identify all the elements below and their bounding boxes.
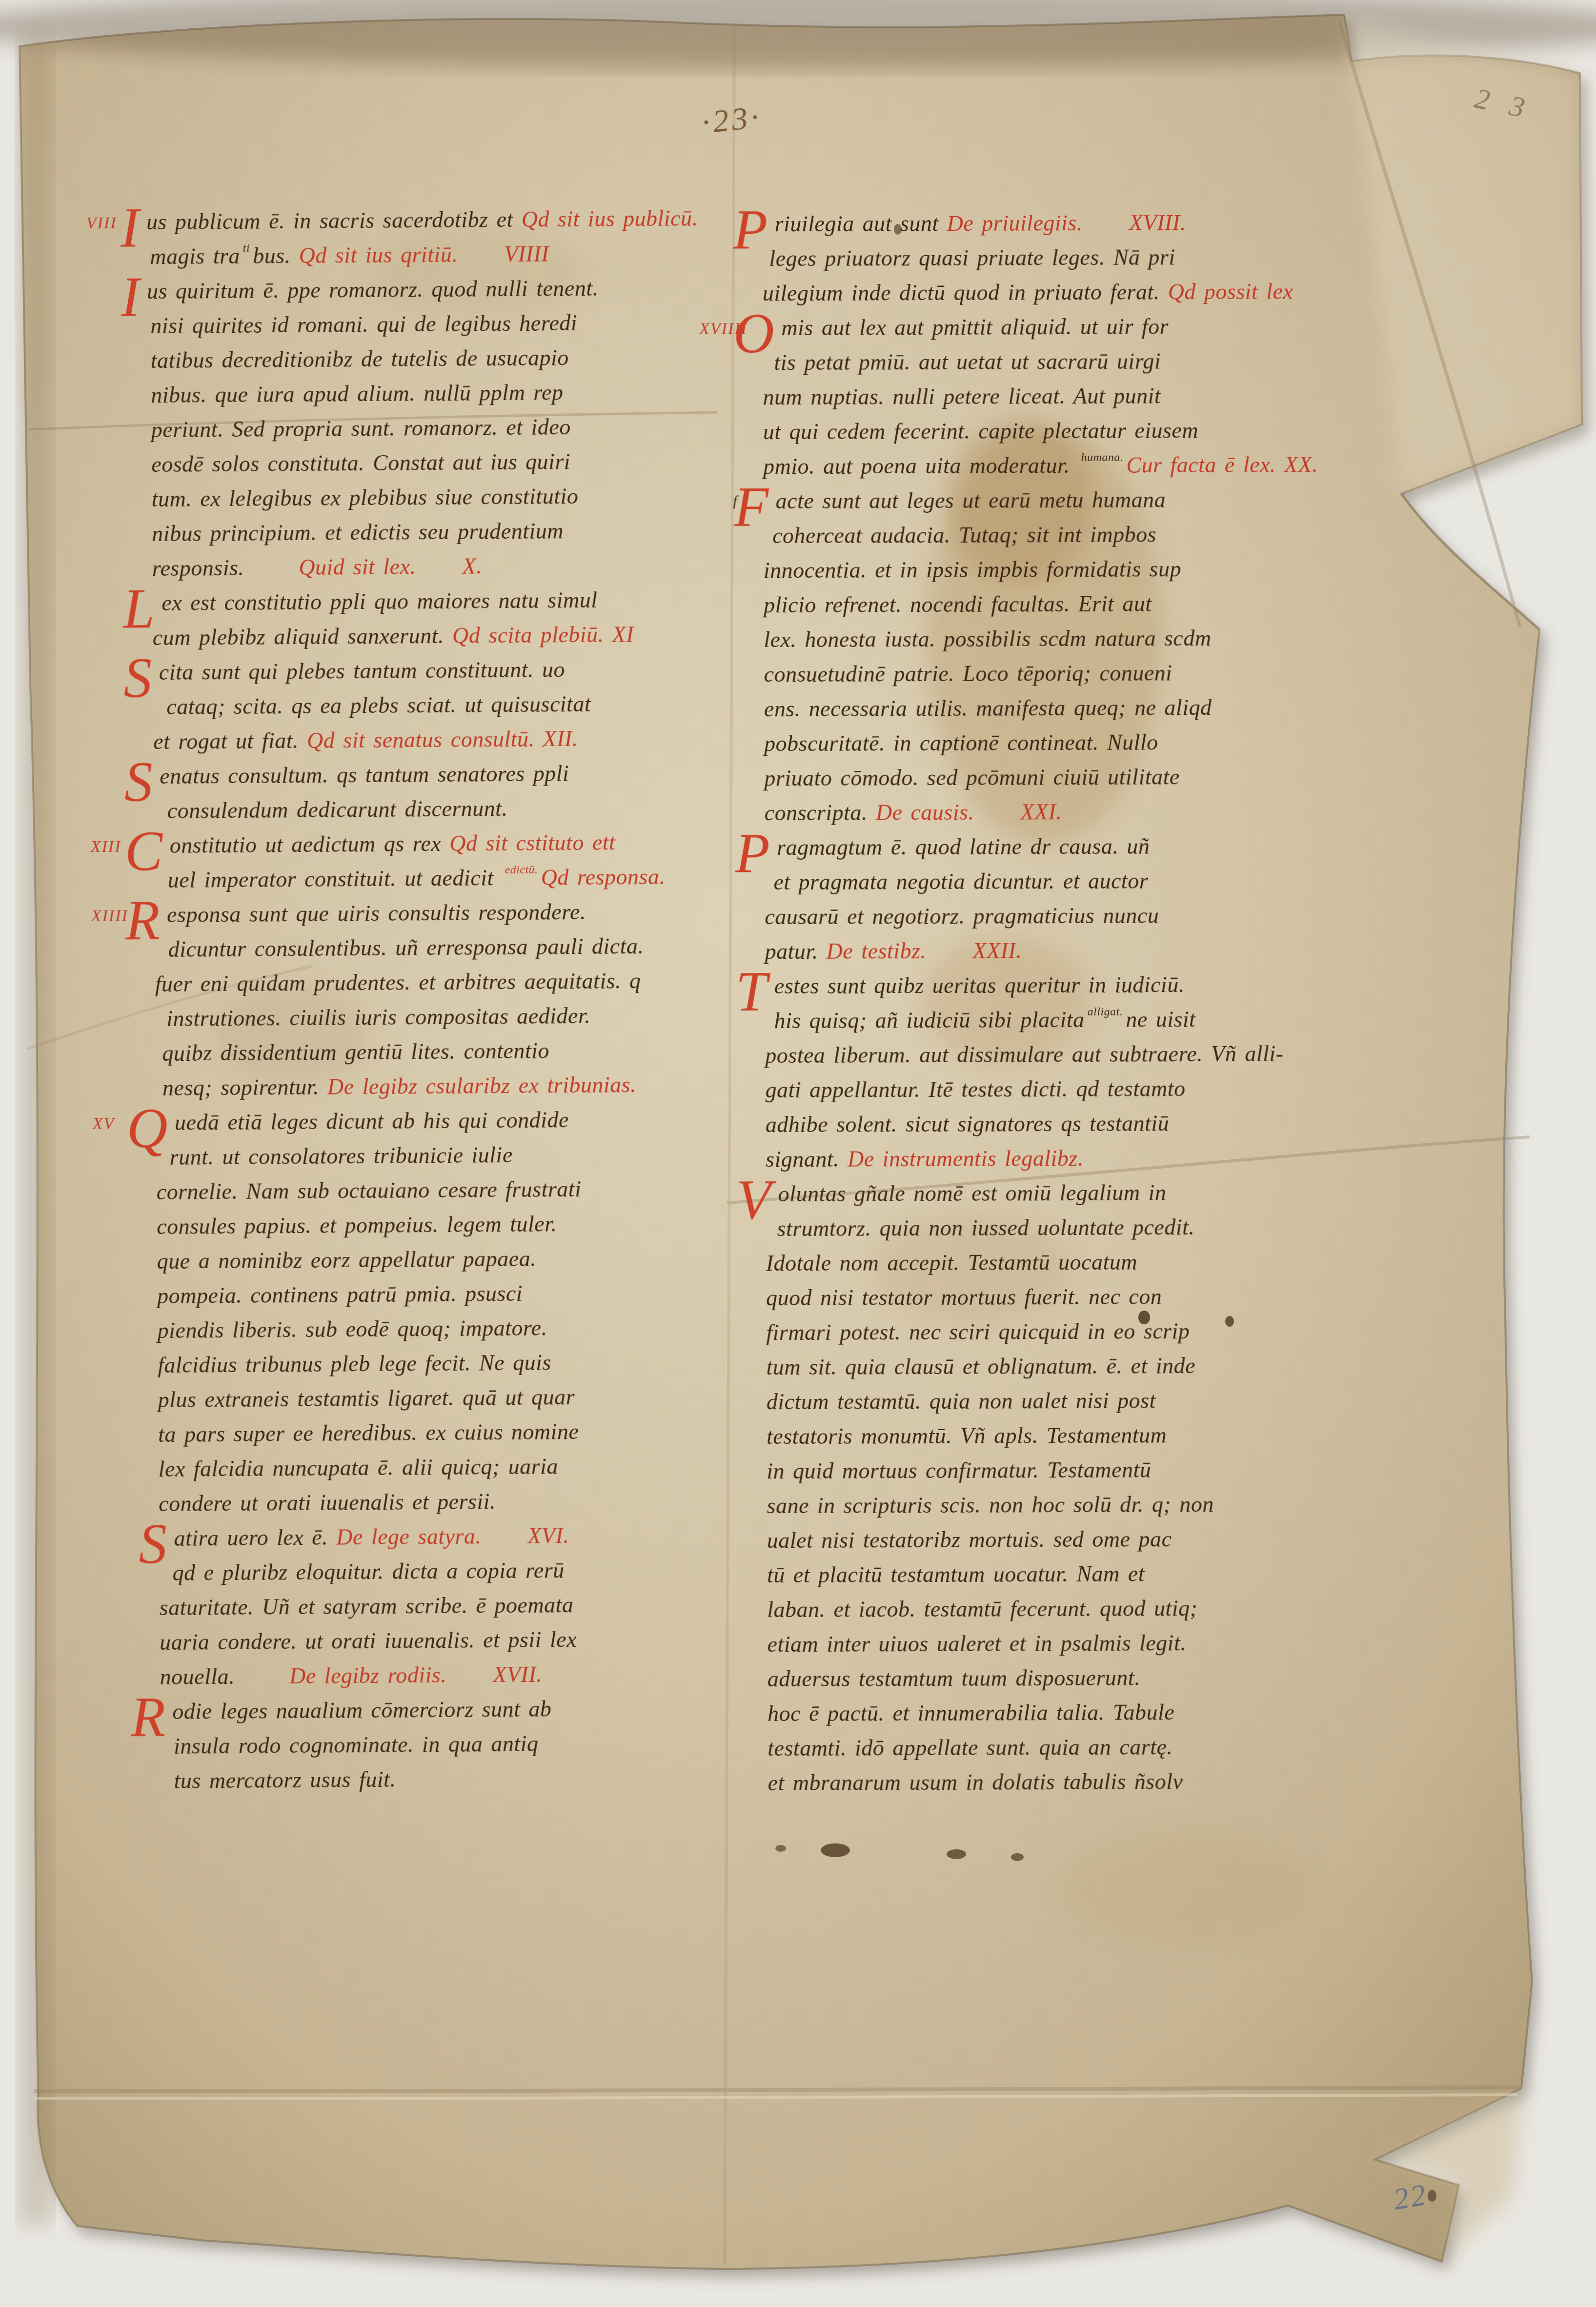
text-segment: et mbranarum usum in dolatis tabulis ñso… xyxy=(768,1769,1183,1795)
text-line: consules papius. et pompeius. legem tule… xyxy=(157,1210,727,1248)
rubricated-initial: V xyxy=(736,1186,771,1214)
text-line: consulendum dedicarunt discernunt. xyxy=(154,794,725,832)
chapter-numeral: XIII xyxy=(91,838,121,856)
text-segment: nisi quirites id romani. qui de legibus … xyxy=(150,310,577,338)
text-line: testamti. idō appellate sunt. quia an ca… xyxy=(768,1733,1392,1770)
text-line: instrutiones. ciuilis iuris compositas a… xyxy=(155,1002,726,1040)
rubric-segment: Qd scita plebiū. XI xyxy=(452,622,634,648)
rubricated-initial: S xyxy=(139,1530,167,1558)
text-line: quibz dissidentium gentiū lites. content… xyxy=(156,1036,727,1075)
text-line: nibus. que iura apud alium. nullū pplm r… xyxy=(151,378,722,417)
text-segment: bus. xyxy=(253,243,299,268)
text-segment: Idotale nom accepit. Testamtū uocatum xyxy=(766,1250,1137,1276)
text-line: Rodie leges naualium cōmerciorz sunt ab xyxy=(160,1695,731,1733)
text-line: in quid mortuus confirmatur. Testamentū xyxy=(767,1456,1391,1493)
text-segment: instrutiones. ciuilis iuris compositas a… xyxy=(166,1003,590,1031)
text-segment: alligat. xyxy=(1088,1005,1123,1018)
text-segment: etiam inter uiuos ualeret et in psalmis … xyxy=(767,1630,1186,1657)
text-line: Pragmagtum ē. quod latine dr causa. uñ xyxy=(765,832,1389,869)
text-line: strumtorz. quia non iussed uoluntate pce… xyxy=(766,1214,1390,1250)
text-segment: plicio refrenet. nocendi facultas. Erit … xyxy=(764,591,1152,617)
text-segment: ex est constitutio ppli quo maiores natu… xyxy=(162,587,598,615)
text-line: uilegium inde dictū quod in priuato fera… xyxy=(763,278,1387,315)
rubricated-initial: O xyxy=(733,320,774,348)
rubric-segment: Cur facta ē lex. XX. xyxy=(1126,452,1318,477)
chapter-numeral: XIIII xyxy=(91,907,128,926)
rubricated-initial: R xyxy=(131,1703,166,1732)
rubric-segment: De instrumentis legalibz. xyxy=(848,1146,1084,1172)
text-segment: signant. xyxy=(766,1147,848,1172)
rubric-segment: Qd possit lex xyxy=(1168,279,1293,304)
text-segment: qd e pluribz eloquitur. dicta a copia re… xyxy=(173,1558,565,1585)
text-segment: runt. ut consolatores tribunicie iulie xyxy=(170,1142,513,1170)
text-line: pmio. aut poena uita moderatur. humana.C… xyxy=(763,451,1388,488)
text-line: causarū et negotiorz. pragmaticius nuncu xyxy=(765,902,1389,938)
text-line: etiam inter uiuos ualeret et in psalmis … xyxy=(767,1629,1392,1666)
text-line: cornelie. Nam sub octauiano cesare frust… xyxy=(156,1175,727,1214)
text-column-right: Priuilegia aut sunt De priuilegiis.XVIII… xyxy=(762,209,1392,1804)
text-segment: condere ut orati iuuenalis et persii. xyxy=(159,1489,496,1516)
text-line: Testes sunt quibz ueritas queritur in iu… xyxy=(765,971,1390,1008)
text-segment: dictum testamtū. quia non ualet nisi pos… xyxy=(767,1388,1156,1414)
text-line: XVQuedā etiā leges dicunt ab his qui con… xyxy=(156,1106,727,1144)
text-segment: acte sunt aut leges ut earū metu humana xyxy=(776,487,1166,513)
text-line: quod nisi testator mortuus fuerit. nec c… xyxy=(766,1283,1391,1319)
chapter-numeral: VIII xyxy=(86,214,117,233)
rubric-segment: De testibz. xyxy=(827,938,927,964)
text-line: nouella. De legibz rodiis.XVII. xyxy=(160,1660,730,1699)
text-segment: pobscuritatē. in captionē contineat. Nul… xyxy=(764,729,1158,756)
text-line: coherceat audacia. Tutaq; sit int impbos xyxy=(764,521,1388,557)
text-line: tis petat pmiū. aut uetat ut sacrarū uir… xyxy=(763,347,1387,384)
rubric-segment: Qd responsa. xyxy=(541,864,666,890)
text-segment: cataq; scita. qs ea plebs sciat. ut quis… xyxy=(166,691,591,719)
text-line: priuato cōmodo. sed pcōmuni ciuiū utilit… xyxy=(764,763,1389,800)
text-line: magis tratibus. Qd sit ius qritiū.VIIII xyxy=(150,240,721,278)
text-line: condere ut orati iuuenalis et persii. xyxy=(159,1487,729,1525)
text-segment: ualet nisi testatoribz mortuis. sed ome … xyxy=(767,1526,1172,1553)
text-line: Senatus consultum. qs tantum senatores p… xyxy=(154,759,725,798)
text-line: pobscuritatē. in captionē contineat. Nul… xyxy=(764,729,1389,765)
text-segment: mis aut lex aut pmittit aliquid. ut uir … xyxy=(781,314,1169,340)
text-segment: adhibe solent. sicut signatores qs testa… xyxy=(766,1111,1169,1137)
rubric-segment: Qd sit ius qritiū. xyxy=(299,242,458,268)
text-segment: ta pars super ee heredibus. ex cuius nom… xyxy=(158,1419,579,1447)
text-segment: testatoris monumtū. Vñ apls. Testamentum xyxy=(767,1422,1167,1449)
text-segment: aduersus testamtum tuum disposuerunt. xyxy=(768,1665,1141,1692)
rubric-segment: VIIII xyxy=(504,241,549,266)
text-segment: us publicum ē. in sacris sacerdotibz et xyxy=(146,207,522,234)
text-line: lex. honesta iusta. possibilis scdm natu… xyxy=(764,625,1388,661)
text-line: ens. necessaria utilis. manifesta queq; … xyxy=(764,694,1389,730)
text-segment: hoc ē pactū. et innumerabilia talia. Tab… xyxy=(768,1700,1174,1726)
text-segment: tū et placitū testamtum uocatur. Nam et xyxy=(767,1561,1145,1588)
rubric-segment: X. xyxy=(462,553,482,578)
rubricated-initial: I xyxy=(121,214,140,242)
text-segment: onstitutio ut aedictum qs rex xyxy=(169,831,449,858)
text-segment: strumtorz. quia non iussed uoluntate pce… xyxy=(777,1214,1194,1241)
text-segment: nouella. xyxy=(160,1664,243,1689)
text-segment: ens. necessaria utilis. manifesta queq; … xyxy=(764,695,1212,721)
text-line: periunt. Sed propria sunt. romanorz. et … xyxy=(151,413,722,451)
text-segment: conscripta. xyxy=(765,800,876,825)
text-line: fFacte sunt aut leges ut earū metu human… xyxy=(763,486,1388,523)
rubric-segment: Qd sit cstituto ett xyxy=(449,830,615,855)
text-line: lex falcidia nuncupata ē. alii quicq; ua… xyxy=(158,1452,729,1491)
text-line: testatoris monumtū. Vñ apls. Testamentum xyxy=(767,1421,1391,1458)
text-line: Satira uero lex ē. De lege satyra.XVI. xyxy=(159,1521,729,1560)
text-segment: fuer eni quidam prudentes. et arbitres a… xyxy=(155,968,641,996)
text-segment: estes sunt quibz ueritas queritur in iud… xyxy=(774,972,1185,998)
text-segment: periunt. Sed propria sunt. romanorz. et … xyxy=(151,414,571,442)
text-line: gati appellantur. Itē testes dicti. qd t… xyxy=(765,1075,1390,1112)
text-line: fuer eni quidam prudentes. et arbitres a… xyxy=(155,967,726,1006)
text-line: et pragmata negotia dicuntur. et auctor xyxy=(765,867,1389,904)
text-segment: tatibus decreditionibz de tutelis de usu… xyxy=(151,345,569,373)
text-line: dictum testamtū. quia non ualet nisi pos… xyxy=(767,1387,1391,1423)
text-line: tatibus decreditionibz de tutelis de usu… xyxy=(151,344,722,382)
rubric-segment: De legibz rodiis. xyxy=(289,1662,447,1688)
rubric-segment: XVI. xyxy=(527,1523,569,1548)
text-line: plus extraneis testamtis ligaret. quā ut… xyxy=(158,1383,728,1421)
rubric-segment: edictū. xyxy=(505,863,538,876)
rubric-segment: De priuilegiis. xyxy=(947,210,1083,236)
rubricated-initial: T xyxy=(736,978,768,1006)
text-segment: et pragmata negotia dicuntur. et auctor xyxy=(773,868,1148,894)
text-line: XIIIConstitutio ut aedictum qs rex Qd si… xyxy=(154,829,725,867)
text-line: tum. ex lelegibus ex plebibus siue const… xyxy=(152,482,723,521)
text-line: Voluntas gñale nomē est omiū legalium in xyxy=(766,1179,1390,1215)
text-line: falcidius tribunus pleb lege fecit. Ne q… xyxy=(158,1348,728,1387)
text-segment: piendis liberis. sub eodē quoq; impatore… xyxy=(157,1315,547,1343)
text-line: cataq; scita. qs ea plebs sciat. ut quis… xyxy=(153,690,724,729)
text-segment: nibus. que iura apud alium. nullū pplm r… xyxy=(151,380,564,407)
text-segment: tus mercatorz usus fuit. xyxy=(174,1767,396,1793)
text-line: Lex est constitutio ppli quo maiores nat… xyxy=(152,586,723,625)
text-column-left: VIIIIus publicum ē. in sacris sacerdotib… xyxy=(150,205,732,1802)
rubricated-initial: F xyxy=(734,493,769,521)
rubric-segment: XVII. xyxy=(493,1662,542,1687)
text-segment: riuilegia aut sunt xyxy=(775,211,947,236)
text-segment: ut qui cedem fecerint. capite plectatur … xyxy=(763,418,1198,444)
text-line: insula rodo cognominate. in qua antiq xyxy=(160,1729,731,1768)
text-line: adhibe solent. sicut signatores qs testa… xyxy=(766,1110,1390,1146)
rubricated-initial: S xyxy=(123,664,152,692)
text-line: ut qui cedem fecerint. capite plectatur … xyxy=(763,417,1388,453)
text-segment: cum plebibz aliquid sanxerunt. xyxy=(153,623,453,650)
text-line: his quisq; añ iudiciū sibi placitaalliga… xyxy=(765,1006,1390,1042)
text-line: tum sit. quia clausū et oblignatum. ē. e… xyxy=(766,1352,1391,1389)
text-line: leges priuatorz quasi priuate leges. Nā … xyxy=(763,243,1387,280)
text-segment: in quid mortuus confirmatur. Testamentū xyxy=(767,1457,1151,1483)
text-line: plicio refrenet. nocendi facultas. Erit … xyxy=(764,590,1388,627)
rubric-segment: XXII. xyxy=(972,938,1022,963)
rubric-segment: XVIII. xyxy=(1129,210,1186,235)
text-line: ta pars super ee heredibus. ex cuius nom… xyxy=(158,1417,729,1456)
text-segment: uilegium inde dictū quod in priuato fera… xyxy=(763,279,1168,305)
text-line: qd e pluribz eloquitur. dicta a copia re… xyxy=(159,1556,730,1595)
text-segment: pompeia. continens patrū pmia. psusci xyxy=(157,1281,523,1308)
text-segment: plus extraneis testamtis ligaret. quā ut… xyxy=(158,1384,575,1412)
chapter-numeral: XV xyxy=(93,1115,115,1133)
text-segment: nesq; sopirentur. xyxy=(162,1074,327,1100)
text-segment: enatus consultum. qs tantum senatores pp… xyxy=(160,761,569,789)
text-segment: ti xyxy=(243,242,250,254)
text-line: Idotale nom accepit. Testamtū uocatum xyxy=(766,1248,1391,1285)
rubricated-initial: L xyxy=(123,595,155,623)
text-line: VIIIIus publicum ē. in sacris sacerdotib… xyxy=(150,205,721,243)
text-segment: responsis. xyxy=(152,555,253,581)
text-segment: eosdē solos constituta. Constat aut ius … xyxy=(151,449,570,477)
text-segment: gati appellantur. Itē testes dicti. qd t… xyxy=(766,1076,1186,1102)
text-line: nisi quirites id romani. qui de legibus … xyxy=(150,309,721,347)
text-line: piendis liberis. sub eodē quoq; impatore… xyxy=(157,1314,728,1352)
rubric-segment: De legibz csularibz ex tribunias. xyxy=(327,1072,637,1099)
text-segment: falcidius tribunus pleb lege fecit. Ne q… xyxy=(158,1350,551,1377)
text-segment: consules papius. et pompeius. legem tule… xyxy=(157,1211,557,1239)
text-line: et rogat ut fiat. Qd sit senatus consult… xyxy=(153,725,724,763)
text-segment: num nuptias. nulli petere liceat. Aut pu… xyxy=(763,383,1161,409)
text-line: ualet nisi testatoribz mortuis. sed ome … xyxy=(767,1525,1392,1562)
left-edge-shade xyxy=(19,39,53,2225)
text-segment: odie leges naualium cōmerciorz sunt ab xyxy=(172,1696,551,1723)
text-line: responsis. Quid sit lex.X. xyxy=(152,551,723,590)
text-line: que a nominibz eorz appellatur papaea. xyxy=(157,1244,727,1283)
text-line: dicuntur consulentibus. uñ erresponsa pa… xyxy=(155,932,726,971)
text-line: tū et placitū testamtum uocatur. Nam et xyxy=(767,1560,1392,1597)
text-line: innocentia. et in ipsis impbis formidati… xyxy=(764,555,1388,592)
text-segment: testamti. idō appellate sunt. quia an ca… xyxy=(768,1734,1172,1761)
text-line: saturitate. Uñ et satyram scribe. ē poem… xyxy=(159,1591,730,1629)
rubric-segment: De lege satyra. xyxy=(336,1523,482,1549)
text-segment: magis tra xyxy=(150,243,240,269)
text-segment: priuato cōmodo. sed pcōmuni ciuiū utilit… xyxy=(764,764,1180,790)
text-segment: lex. honesta iusta. possibilis scdm natu… xyxy=(764,626,1211,652)
text-line: Priuilegia aut sunt De priuilegiis.XVIII… xyxy=(762,209,1387,245)
text-segment: his quisq; añ iudiciū sibi placita xyxy=(774,1007,1084,1033)
text-segment: esponsa sunt que uiris consultis respond… xyxy=(167,899,586,927)
text-segment: tis petat pmiū. aut uetat ut sacrarū uir… xyxy=(774,348,1161,375)
text-segment: lex falcidia nuncupata ē. alii quicq; ua… xyxy=(158,1454,558,1481)
rubricated-initial: Q xyxy=(127,1114,168,1143)
text-segment: us quiritum ē. ppe romanorz. quod nulli … xyxy=(147,276,599,304)
text-segment: quibz dissidentium gentiū lites. content… xyxy=(162,1038,549,1066)
rubricated-initial: C xyxy=(125,837,163,866)
text-line: nesq; sopirentur. De legibz csularibz ex… xyxy=(156,1071,727,1110)
rubricated-initial: P xyxy=(735,839,770,868)
rubric-segment: Quid sit lex. xyxy=(299,554,416,580)
text-segment: leges priuatorz quasi priuate leges. Nā … xyxy=(769,244,1175,271)
manuscript-scan: ·23· 2 3 22 VIIIIus publicum ē. in sacri… xyxy=(0,0,1596,2307)
rubric-segment: De causis. xyxy=(876,800,974,825)
text-segment: que a nominibz eorz appellatur papaea. xyxy=(157,1246,536,1274)
folio-number-top-center: ·23· xyxy=(700,99,763,142)
text-line: firmari potest. nec sciri quicquid in eo… xyxy=(766,1317,1391,1354)
text-line: laban. et iacob. testamtū fecerunt. quod… xyxy=(767,1595,1392,1631)
text-segment: insula rodo cognominate. in qua antiq xyxy=(174,1731,538,1759)
text-segment: innocentia. et in ipsis impbis formidati… xyxy=(764,556,1181,583)
text-line: Scita sunt qui plebes tantum constituunt… xyxy=(153,655,724,694)
rubricated-initial: R xyxy=(125,907,161,935)
text-segment: ragmagtum ē. quod latine dr causa. uñ xyxy=(777,833,1150,860)
text-line: conscripta. De causis.XXI. xyxy=(765,798,1389,834)
text-line: et mbranarum usum in dolatis tabulis ñso… xyxy=(768,1768,1392,1804)
text-line: tus mercatorz usus fuit. xyxy=(161,1764,731,1802)
text-segment: tum. ex lelegibus ex plebibus siue const… xyxy=(152,484,579,511)
text-line: patur. De testibz.XXII. xyxy=(765,936,1390,973)
text-segment: quod nisi testator mortuus fuerit. nec c… xyxy=(766,1284,1162,1310)
text-line: pompeia. continens patrū pmia. psusci xyxy=(157,1279,728,1317)
text-segment: patur. xyxy=(765,939,827,964)
text-segment: tum sit. quia clausū et oblignatum. ē. e… xyxy=(766,1353,1195,1379)
text-segment: postea liberum. aut dissimulare aut subt… xyxy=(765,1041,1283,1068)
text-line: aduersus testamtum tuum disposuerunt. xyxy=(768,1664,1392,1700)
text-segment: uel imperator constituit. ut aedicit xyxy=(168,865,502,892)
text-segment: consulendum dedicarunt discernunt. xyxy=(167,796,508,823)
text-segment: causarū et negotiorz. pragmaticius nuncu xyxy=(765,903,1159,929)
text-segment: humana. xyxy=(1081,451,1123,464)
text-line: XVIIIIOmis aut lex aut pmittit aliquid. … xyxy=(763,313,1387,349)
rubricated-initial: P xyxy=(733,216,768,244)
text-line: cum plebibz aliquid sanxerunt. Qd scita … xyxy=(153,621,724,659)
text-line: Ius quiritum ē. ppe romanorz. quod nulli… xyxy=(150,274,721,313)
text-line: uel imperator constituit. ut aedicit edi… xyxy=(154,863,725,902)
text-segment: laban. et iacob. testamtū fecerunt. quod… xyxy=(767,1596,1197,1622)
text-line: postea liberum. aut dissimulare aut subt… xyxy=(765,1040,1390,1077)
text-segment: cornelie. Nam sub octauiano cesare frust… xyxy=(156,1176,581,1204)
text-line: num nuptias. nulli petere liceat. Aut pu… xyxy=(763,382,1388,419)
text-segment: atira uero lex ē. xyxy=(174,1525,336,1551)
text-segment: oluntas gñale nomē est omiū legalium in xyxy=(778,1180,1167,1206)
text-segment: sane in scripturis scis. non hoc solū dr… xyxy=(767,1492,1213,1518)
text-line: sane in scripturis scis. non hoc solū dr… xyxy=(767,1491,1391,1527)
text-line: nibus principium. et edictis seu prudent… xyxy=(152,517,723,555)
text-segment: saturitate. Uñ et satyram scribe. ē poem… xyxy=(159,1592,573,1620)
text-segment: coherceat audacia. Tutaq; sit int impbos xyxy=(772,522,1156,548)
rubric-segment: Qd sit ius publicū. xyxy=(522,205,698,232)
text-line: uaria condere. ut orati iuuenalis. et ps… xyxy=(160,1625,730,1664)
text-segment: dicuntur consulentibus. uñ erresponsa pa… xyxy=(168,933,644,962)
text-line: hoc ē pactū. et innumerabilia talia. Tab… xyxy=(768,1699,1392,1735)
text-line: eosdē solos constituta. Constat aut ius … xyxy=(151,447,722,486)
text-segment: et rogat ut fiat. xyxy=(153,728,307,754)
text-segment: cita sunt qui plebes tantum constituunt.… xyxy=(159,657,566,685)
text-segment: ne uisit xyxy=(1126,1007,1195,1032)
text-line: consuetudinē patrie. Loco tēporiq; conue… xyxy=(764,659,1389,696)
text-segment: consuetudinē patrie. Loco tēporiq; conue… xyxy=(764,660,1172,687)
rubric-segment: XXI. xyxy=(1020,799,1062,824)
text-line: runt. ut consolatores tribunicie iulie xyxy=(156,1140,727,1179)
text-segment: pmio. aut poena uita moderatur. xyxy=(763,453,1078,479)
rubric-segment: Qd sit senatus consultū. XII. xyxy=(307,726,578,753)
rubricated-initial: I xyxy=(121,283,141,311)
rubricated-initial: S xyxy=(124,768,153,796)
text-segment: firmari potest. nec sciri quicquid in eo… xyxy=(766,1318,1190,1345)
text-line: XIIIIResponsa sunt que uiris consultis r… xyxy=(155,898,726,936)
text-segment: nibus principium. et edictis seu prudent… xyxy=(152,518,564,546)
text-segment: uedā etiā leges dicunt ab his qui condid… xyxy=(175,1107,569,1135)
text-segment: uaria condere. ut orati iuuenalis. et ps… xyxy=(160,1627,577,1655)
text-line: signant. De instrumentis legalibz. xyxy=(766,1144,1390,1181)
folio-number-bottom-right: 22 xyxy=(1391,2177,1430,2217)
